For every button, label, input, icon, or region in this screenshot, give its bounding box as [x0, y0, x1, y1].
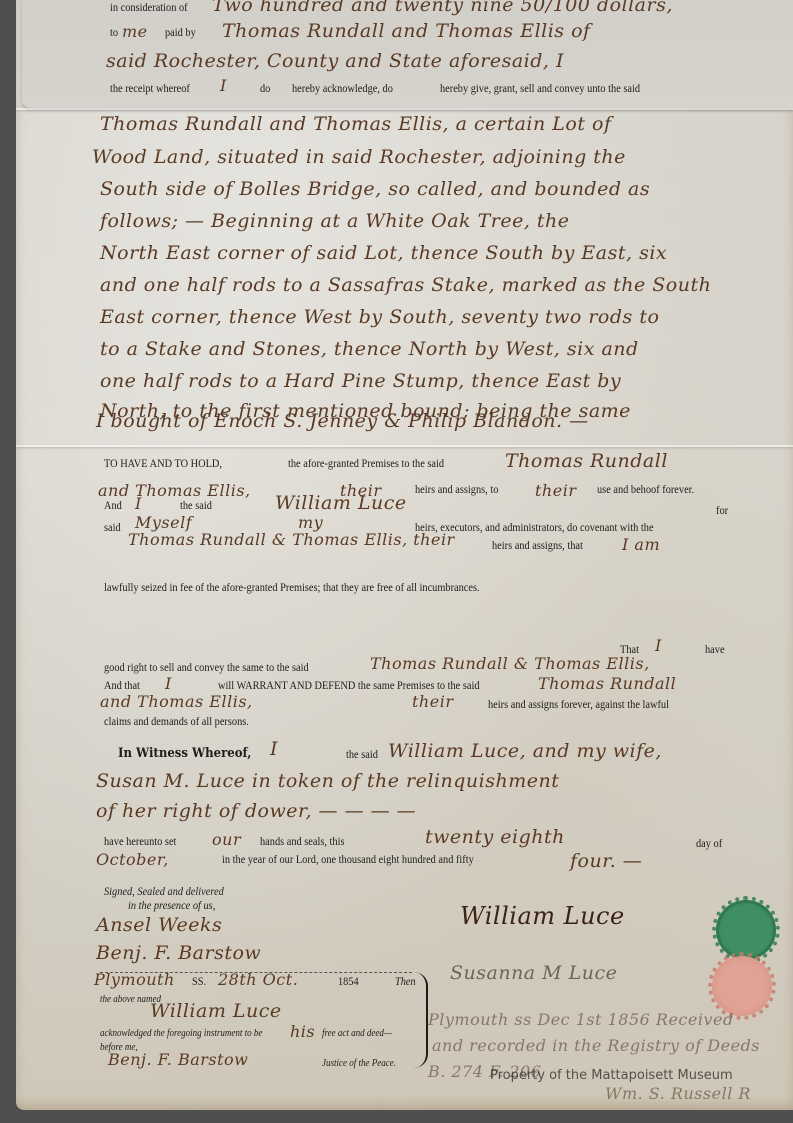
- hands-seals-text: hands and seals, this: [260, 836, 345, 848]
- description-line: and one half rods to a Sassafras Stake, …: [100, 274, 711, 296]
- consideration-label: in consideration of: [110, 2, 188, 14]
- habendum-text: heirs and assigns, to: [415, 484, 498, 496]
- the-said-label: the said: [180, 500, 212, 512]
- description-line: North East corner of said Lot, thence So…: [100, 242, 667, 264]
- day-of-label: day of: [696, 838, 722, 850]
- month-hand: October,: [96, 850, 169, 869]
- description-line: one half rods to a Hard Pine Stump, then…: [100, 370, 621, 392]
- witness-signature: Ansel Weeks: [96, 914, 222, 936]
- warranty-grantees: Thomas Rundall & Thomas Ellis,: [370, 654, 650, 673]
- registry-line: Plymouth ss Dec 1st 1856 Received: [428, 1010, 734, 1029]
- county-hand: Plymouth: [94, 970, 175, 989]
- warranty-text: heirs and assigns forever, against the l…: [488, 699, 669, 711]
- witness-hand: I: [270, 738, 278, 760]
- museum-watermark: Property of the Mattapoisett Museum: [490, 1068, 733, 1083]
- witness-grantor: William Luce, and my wife,: [388, 740, 662, 762]
- description-line: Wood Land, situated in said Rochester, a…: [92, 146, 626, 168]
- ss-label: SS.: [192, 976, 206, 988]
- seized-text: lawfully seized in fee of the afore-gran…: [104, 582, 480, 594]
- ack-name-hand: William Luce: [150, 1000, 282, 1022]
- grantor-signature: William Luce: [460, 902, 625, 930]
- register-signature: Wm. S. Russell R: [605, 1084, 751, 1103]
- habendum-their: their: [535, 481, 576, 500]
- spouse-signature: Susanna M Luce: [450, 962, 617, 984]
- description-line: East corner, thence West by South, seven…: [100, 306, 659, 328]
- habendum-grantee: Thomas Rundall: [505, 450, 668, 472]
- witness-signature: Benj. F. Barstow: [96, 942, 261, 964]
- then-label: Then: [395, 976, 416, 988]
- fold-line: [16, 108, 793, 110]
- that-hand: I: [655, 636, 662, 655]
- to-hand: me: [122, 22, 148, 41]
- ack-date-hand: 28th Oct.: [218, 970, 298, 989]
- residence-hand: said Rochester, County and State aforesa…: [106, 50, 564, 72]
- attestation-label: in the presence of us,: [128, 900, 215, 912]
- acknowledge-label: hereby acknowledge, do: [292, 83, 393, 95]
- warranty-text: will WARRANT AND DEFEND the same Premise…: [218, 680, 480, 692]
- and-that-label: And that: [104, 680, 140, 692]
- ack-year: 1854: [338, 976, 359, 988]
- do-label: do: [260, 83, 270, 95]
- grantee-hand: Thomas Rundall and Thomas Ellis of: [222, 20, 591, 42]
- warranty-grantee-2: and Thomas Ellis,: [100, 692, 253, 711]
- dower-line: of her right of dower, — — — —: [96, 800, 416, 822]
- the-said-label: the said: [346, 749, 378, 761]
- warranty-text: claims and demands of all persons.: [104, 716, 249, 728]
- and-label: And: [104, 500, 122, 512]
- paid-by-label: paid by: [165, 27, 196, 39]
- ack-his-hand: his: [290, 1022, 315, 1041]
- for-label: for: [716, 505, 728, 517]
- justice-signature: Benj. F. Barstow: [108, 1050, 248, 1069]
- ack-text: free act and deed—: [322, 1028, 392, 1039]
- warranty-text: good right to sell and convey the same t…: [104, 662, 309, 674]
- attestation-label: Signed, Sealed and delivered: [104, 886, 224, 898]
- and-that-hand: I: [165, 674, 172, 693]
- receipt-hand: I: [220, 76, 227, 95]
- warranty-grantee: Thomas Rundall: [538, 674, 676, 693]
- description-line: I bought of Enoch S. Jenney & Philip Bla…: [96, 410, 589, 432]
- dower-line: Susan M. Luce in token of the relinquish…: [96, 770, 559, 792]
- description-line: Thomas Rundall and Thomas Ellis, a certa…: [100, 113, 611, 135]
- grant-label: hereby give, grant, sell and convey unto…: [440, 83, 640, 95]
- covenant-grantees: Thomas Rundall & Thomas Ellis, their: [128, 530, 455, 549]
- hereunto-text: have hereunto set: [104, 836, 176, 848]
- description-line: to a Stake and Stones, thence North by W…: [100, 338, 639, 360]
- ack-text: acknowledged the foregoing instrument to…: [100, 1028, 262, 1039]
- year-hand: four. —: [570, 850, 642, 872]
- to-label: to: [110, 27, 118, 39]
- fold-line: [16, 445, 793, 447]
- our-hand: our: [212, 830, 241, 849]
- green-seal: [716, 900, 776, 960]
- registry-line: and recorded in the Registry of Deeds: [432, 1036, 760, 1055]
- and-hand: I: [135, 494, 142, 513]
- said-label: said: [104, 522, 121, 534]
- year-text: in the year of our Lord, one thousand ei…: [222, 854, 474, 866]
- warranty-their: their: [412, 692, 453, 711]
- habendum-text: the afore-granted Premises to the said: [288, 458, 444, 470]
- consideration-amount: Two hundred and twenty nine 50/100 dolla…: [212, 0, 673, 16]
- habendum-text: use and behoof forever.: [597, 484, 694, 496]
- habendum-lead: TO HAVE AND TO HOLD,: [104, 458, 222, 470]
- receipt-label: the receipt whereof: [110, 83, 190, 95]
- day-hand: twenty eighth: [425, 826, 565, 848]
- justice-label: Justice of the Peace.: [322, 1058, 396, 1069]
- have-label: have: [705, 644, 725, 656]
- description-line: follows; — Beginning at a White Oak Tree…: [100, 210, 570, 232]
- i-am-hand: I am: [622, 535, 660, 554]
- pink-seal: [712, 956, 772, 1016]
- habendum-text: heirs and assigns, that: [492, 540, 583, 552]
- habendum-grantee-2: and Thomas Ellis,: [98, 481, 251, 500]
- grantor-hand: William Luce: [275, 492, 407, 514]
- witness-lead: In Witness Whereof,: [118, 746, 251, 761]
- description-line: South side of Bolles Bridge, so called, …: [100, 178, 650, 200]
